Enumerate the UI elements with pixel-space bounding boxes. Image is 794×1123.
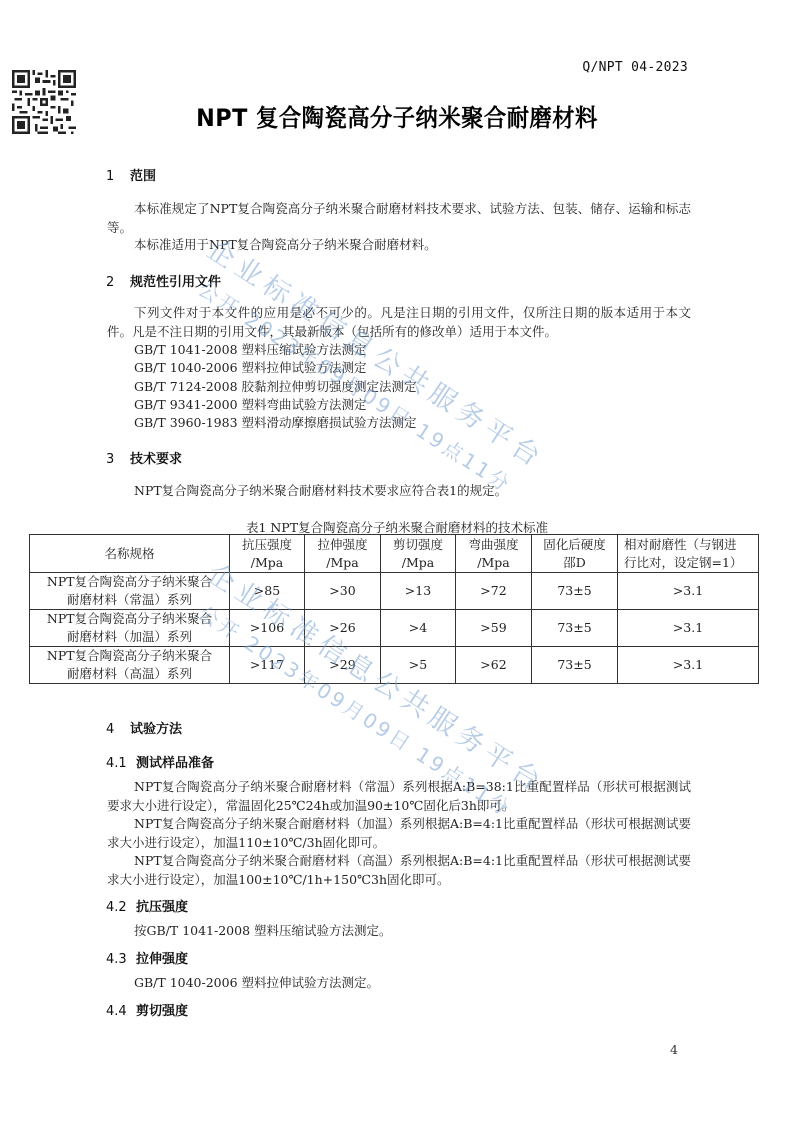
subsection-heading-compressive: 4.2抗压强度 (106, 896, 188, 915)
reference-item: GB/T 1040-2006 塑料拉伸试验方法测定 (134, 359, 417, 377)
cell-shear: >5 (381, 647, 456, 684)
cell-name: NPT复合陶瓷高分子纳米聚合耐磨材料（加温）系列 (30, 610, 230, 647)
section-number: 2 (106, 275, 130, 290)
subsection-heading-sample-prep: 4.1测试样品准备 (106, 752, 214, 771)
header-tensile-strength: 拉伸强度/Mpa (305, 535, 381, 573)
reference-item: GB/T 9341-2000 塑料弯曲试验方法测定 (134, 396, 417, 414)
section-number: 1 (106, 169, 130, 184)
paragraph: NPT复合陶瓷高分子纳米聚合耐磨材料（高温）系列根据A:B=4:1比重配置样品（… (107, 852, 691, 889)
cell-hardness: 73±5 (532, 610, 618, 647)
subsection-title: 剪切强度 (136, 1004, 188, 1019)
subsection-heading-shear: 4.4剪切强度 (106, 1000, 188, 1019)
paragraph: NPT复合陶瓷高分子纳米聚合耐磨材料（常温）系列根据A:B=38:1比重配置样品… (107, 778, 691, 815)
section-title: 规范性引用文件 (130, 275, 221, 290)
table-row: NPT复合陶瓷高分子纳米聚合耐磨材料（高温）系列 >117 >29 >5 >62… (30, 647, 759, 684)
cell-bending: >62 (456, 647, 532, 684)
paragraph: NPT复合陶瓷高分子纳米聚合耐磨材料（加温）系列根据A:B=4:1比重配置样品（… (107, 815, 691, 852)
cell-tensile: >29 (305, 647, 381, 684)
subsection-number: 4.4 (106, 1004, 136, 1019)
cell-wear: >3.1 (618, 573, 759, 610)
section-title: 范围 (130, 169, 156, 184)
cell-name: NPT复合陶瓷高分子纳米聚合耐磨材料（常温）系列 (30, 573, 230, 610)
cell-bending: >59 (456, 610, 532, 647)
header-bending-strength: 弯曲强度/Mpa (456, 535, 532, 573)
cell-compressive: >117 (230, 647, 305, 684)
reference-item: GB/T 3960-1983 塑料滑动摩擦磨损试验方法测定 (134, 414, 417, 432)
paragraph: NPT复合陶瓷高分子纳米聚合耐磨材料技术要求应符合表1的规定。 (134, 482, 718, 501)
cell-tensile: >26 (305, 610, 381, 647)
paragraph: GB/T 1040-2006 塑料拉伸试验方法测定。 (134, 974, 718, 993)
section-number: 4 (106, 722, 130, 737)
cell-hardness: 73±5 (532, 573, 618, 610)
paragraph: 本标准适用于NPT复合陶瓷高分子纳米聚合耐磨材料。 (107, 236, 691, 255)
cell-shear: >13 (381, 573, 456, 610)
table-row: NPT复合陶瓷高分子纳米聚合耐磨材料（加温）系列 >106 >26 >4 >59… (30, 610, 759, 647)
technical-standards-table: 名称规格 抗压强度/Mpa 拉伸强度/Mpa 剪切强度/Mpa 弯曲强度/Mpa… (29, 534, 759, 684)
cell-bending: >72 (456, 573, 532, 610)
section-heading-scope: 1范围 (106, 165, 156, 184)
cell-shear: >4 (381, 610, 456, 647)
subsection-title: 测试样品准备 (136, 756, 214, 771)
subsection-number: 4.2 (106, 900, 136, 915)
section-number: 3 (106, 452, 130, 467)
section-title: 技术要求 (130, 452, 182, 467)
header-hardness: 固化后硬度邵D (532, 535, 618, 573)
paragraph: 下列文件对于本文件的应用是必不可少的。凡是注日期的引用文件，仅所注日期的版本适用… (107, 304, 691, 341)
cell-wear: >3.1 (618, 647, 759, 684)
subsection-title: 拉伸强度 (136, 952, 188, 967)
paragraph: 本标准规定了NPT复合陶瓷高分子纳米聚合耐磨材料技术要求、试验方法、包装、储存、… (107, 200, 691, 237)
subsection-heading-tensile: 4.3拉伸强度 (106, 948, 188, 967)
table-header-row: 名称规格 抗压强度/Mpa 拉伸强度/Mpa 剪切强度/Mpa 弯曲强度/Mpa… (30, 535, 759, 573)
header-name-spec: 名称规格 (30, 535, 230, 573)
cell-wear: >3.1 (618, 610, 759, 647)
subsection-number: 4.1 (106, 756, 136, 771)
reference-list: GB/T 1041-2008 塑料压缩试验方法测定 GB/T 1040-2006… (134, 341, 417, 432)
table-row: NPT复合陶瓷高分子纳米聚合耐磨材料（常温）系列 >85 >30 >13 >72… (30, 573, 759, 610)
reference-item: GB/T 1041-2008 塑料压缩试验方法测定 (134, 341, 417, 359)
header-relative-wear: 相对耐磨性（与钢进行比对，设定钢=1） (618, 535, 759, 573)
reference-item: GB/T 7124-2008 胶黏剂拉伸剪切强度测定法测定 (134, 378, 417, 396)
header-shear-strength: 剪切强度/Mpa (381, 535, 456, 573)
section-title: 试验方法 (130, 722, 182, 737)
cell-tensile: >30 (305, 573, 381, 610)
section-heading-normative-references: 2规范性引用文件 (106, 271, 221, 290)
subsection-title: 抗压强度 (136, 900, 188, 915)
section-heading-test-methods: 4试验方法 (106, 718, 182, 737)
subsection-number: 4.3 (106, 952, 136, 967)
cell-hardness: 73±5 (532, 647, 618, 684)
document-title: NPT 复合陶瓷高分子纳米聚合耐磨材料 (28, 98, 766, 133)
cell-compressive: >106 (230, 610, 305, 647)
standard-code: Q/NPT 04-2023 (582, 60, 688, 75)
paragraph: 按GB/T 1041-2008 塑料压缩试验方法测定。 (134, 922, 718, 941)
section-heading-technical-requirements: 3技术要求 (106, 448, 182, 467)
cell-compressive: >85 (230, 573, 305, 610)
header-compressive-strength: 抗压强度/Mpa (230, 535, 305, 573)
cell-name: NPT复合陶瓷高分子纳米聚合耐磨材料（高温）系列 (30, 647, 230, 684)
page-number: 4 (670, 1042, 678, 1057)
